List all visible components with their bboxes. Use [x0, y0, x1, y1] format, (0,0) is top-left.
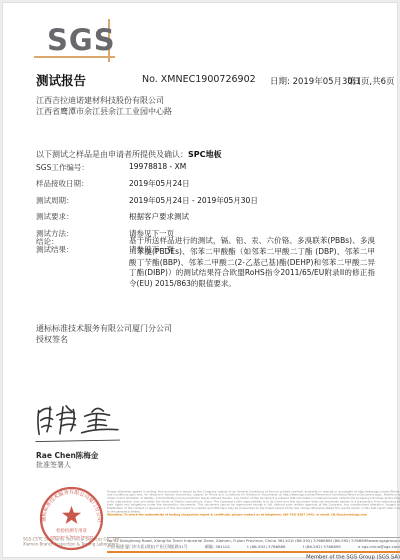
conclusion-row: 结论： 基于所送样品进行的测试，镉、铅、汞、六价铬、多溴联苯(PBBs)、多溴二… — [36, 236, 378, 290]
email: e sgs.china@sgs.com — [358, 544, 400, 550]
footer-rule — [107, 551, 400, 553]
signature-line — [36, 440, 120, 442]
report-title: 测试报告 — [36, 71, 86, 89]
report-page: SGS 测试报告 No. XMNEC1900726902 日期: 2019年05… — [2, 2, 398, 558]
tel-cn: t (86-592) 5766888 — [247, 544, 285, 550]
stamp-line1: 检验检测专用章 — [56, 527, 87, 534]
info-label: 样品接收日期： — [36, 178, 129, 189]
info-row: 测试要求： 根据客户要求测试 — [36, 211, 376, 222]
signatory-title: 批准签署人 — [36, 460, 71, 470]
address-line-cn: 中国·福建·厦门市火炬(翔安)产业区翔虹路31号 邮编: 361101 t (8… — [107, 544, 400, 550]
signature-handwriting — [34, 402, 122, 446]
page-indicator: 第1页,共6页 — [347, 75, 395, 87]
info-label: 测试要求： — [36, 211, 129, 222]
sgs-logo: SGS — [47, 23, 116, 57]
member-note-wrap: Member of the SGS Group (SGS SA) — [107, 554, 400, 560]
postal-cn: 邮编: 361101 — [205, 544, 230, 550]
conclusion-text: 基于所送样品进行的测试，镉、铅、汞、六价铬、多溴联苯(PBBs)、多溴二苯醚(P… — [129, 236, 375, 290]
authorized-sign-label: 授权签名 — [36, 334, 68, 345]
info-row: SGS工作编号： 19978818 - XM — [36, 162, 376, 173]
disclaimer-text: Unless otherwise agreed in writing, this… — [107, 490, 400, 513]
info-label: 测试周期： — [36, 195, 129, 206]
company-stamp: 通标标准技术服务有限公司厦门分公司 检验检测专用章 Inspection & T… — [38, 485, 105, 552]
sample-statement: 以下测试之样品是由申请者所提供及确认：SPC地板 — [36, 149, 222, 160]
star-icon — [62, 506, 81, 524]
report-number: No. XMNEC1900726902 — [142, 74, 256, 85]
footer-disclaimer: Unless otherwise agreed in writing, this… — [107, 490, 400, 536]
applicant-address: 江西省鹰潭市余江县余江工业园中心路 — [36, 106, 172, 117]
footer-address-block: No.31 Xianghong Road, Xiang'An Torch Ind… — [107, 537, 400, 550]
stamp-line2: Inspection & Testing Services — [50, 534, 93, 538]
info-value: 19978818 - XM — [129, 162, 186, 173]
info-value: 根据客户要求测试 — [129, 211, 189, 222]
attention-notice: Attention: To check the authenticity of … — [107, 513, 400, 516]
sample-name: SPC地板 — [188, 150, 222, 159]
info-value: 2019年05月24日 — [129, 178, 190, 189]
info-row: 样品接收日期： 2019年05月24日 — [36, 178, 376, 189]
info-row: 测试周期： 2019年05月24日 - 2019年05月30日 — [36, 195, 376, 206]
applicant-name: 江西吉拉迪诺建材科技股份有限公司 — [36, 95, 164, 106]
member-note: Member of the SGS Group (SGS SA) — [107, 554, 400, 560]
issuer-company: 通标标准技术服务有限公司厦门分公司 — [36, 323, 172, 334]
info-label: SGS工作编号： — [36, 162, 129, 173]
sample-statement-text: 以下测试之样品是由申请者所提供及确认： — [36, 150, 188, 159]
conclusion-label: 结论： — [36, 236, 129, 290]
fax-cn: f (86-592) 5766899 — [303, 544, 341, 550]
info-value: 2019年05月24日 - 2019年05月30日 — [129, 195, 258, 206]
